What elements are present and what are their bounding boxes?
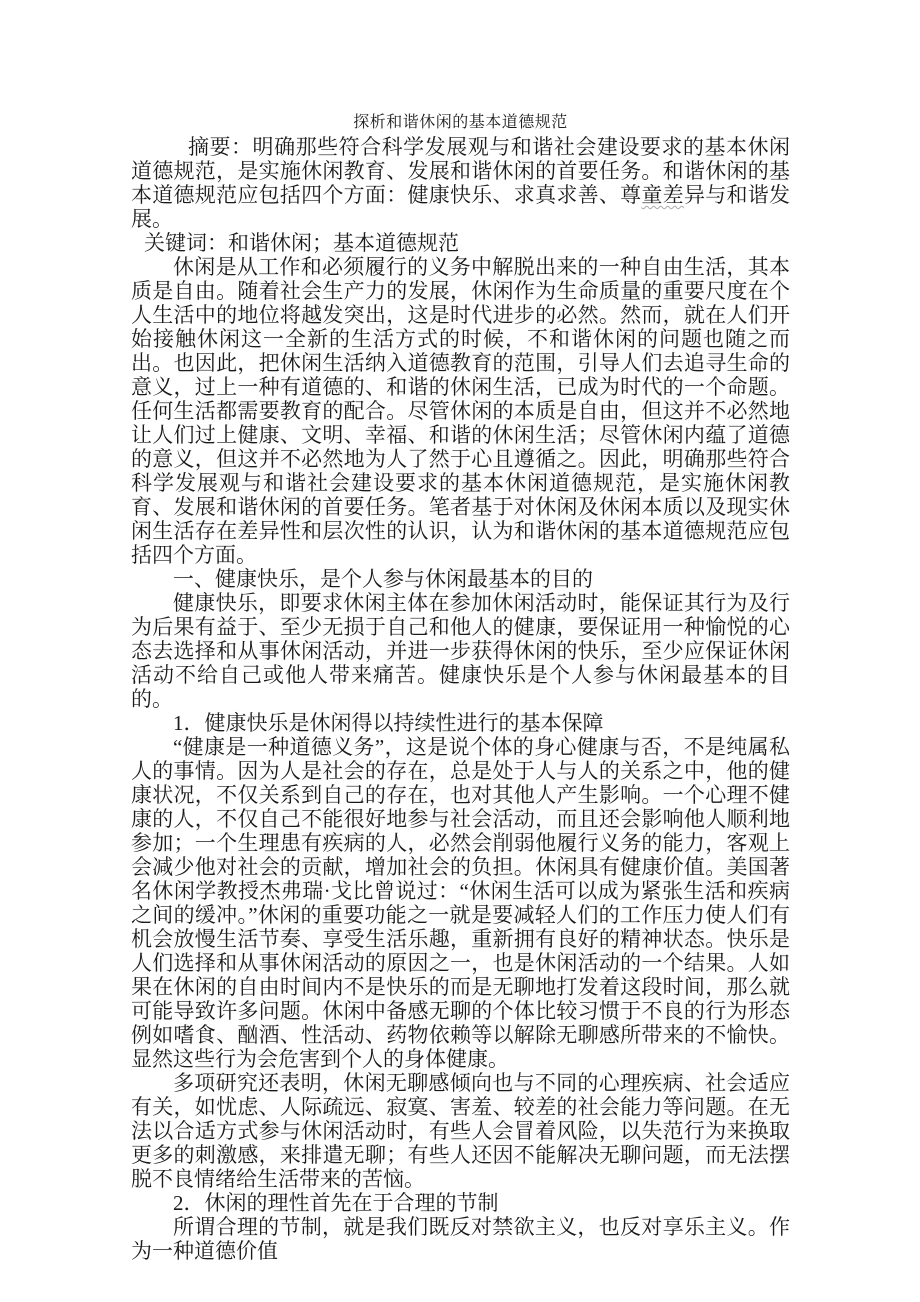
keywords-line: 关键词：和谐休闲；基本道德规范 — [131, 231, 790, 255]
body-paragraph-research: 多项研究还表明，休闲无聊感倾向也与不同的心理疾病、社会适应有关，如忧虑、人际疏远… — [131, 1071, 790, 1191]
subsection-heading-1-2: 2．休闲的理性首先在于合理的节制 — [131, 1191, 790, 1215]
abstract-paragraph: 摘要：明确那些符合科学发展观与和谐社会建设要求的基本休闲道德规范，是实施休闲教育… — [131, 135, 790, 231]
article-title: 探析和谐休闲的基本道德规范 — [131, 111, 790, 135]
document-content: 探析和谐休闲的基本道德规范 摘要：明确那些符合科学发展观与和谐社会建设要求的基本… — [131, 0, 790, 1263]
body-paragraph-health-duty: “健康是一种道德义务”，这是说个体的身心健康与否，不是纯属私人的事情。因为人是社… — [131, 735, 790, 1071]
body-paragraph-intro: 休闲是从工作和必须履行的义务中解脱出来的一种自由生活，其本质是自由。随着社会生产… — [131, 255, 790, 567]
section-heading-1: 一、健康快乐，是个人参与休闲最基本的目的 — [131, 567, 790, 591]
body-paragraph-moderation: 所谓合理的节制，就是我们既反对禁欲主义，也反对享乐主义。作为一种道德价值 — [131, 1215, 790, 1263]
body-paragraph-health-happiness: 健康快乐，即要求休闲主体在参加休闲活动时，能保证其行为及行为后果有益于、至少无损… — [131, 591, 790, 711]
document-page: 探析和谐休闲的基本道德规范 摘要：明确那些符合科学发展观与和谐社会建设要求的基本… — [0, 0, 920, 1302]
abstract-text-spellcheck-underline: 童差 — [641, 183, 684, 207]
subsection-heading-1-1: 1．健康快乐是休闲得以持续性进行的基本保障 — [131, 711, 790, 735]
